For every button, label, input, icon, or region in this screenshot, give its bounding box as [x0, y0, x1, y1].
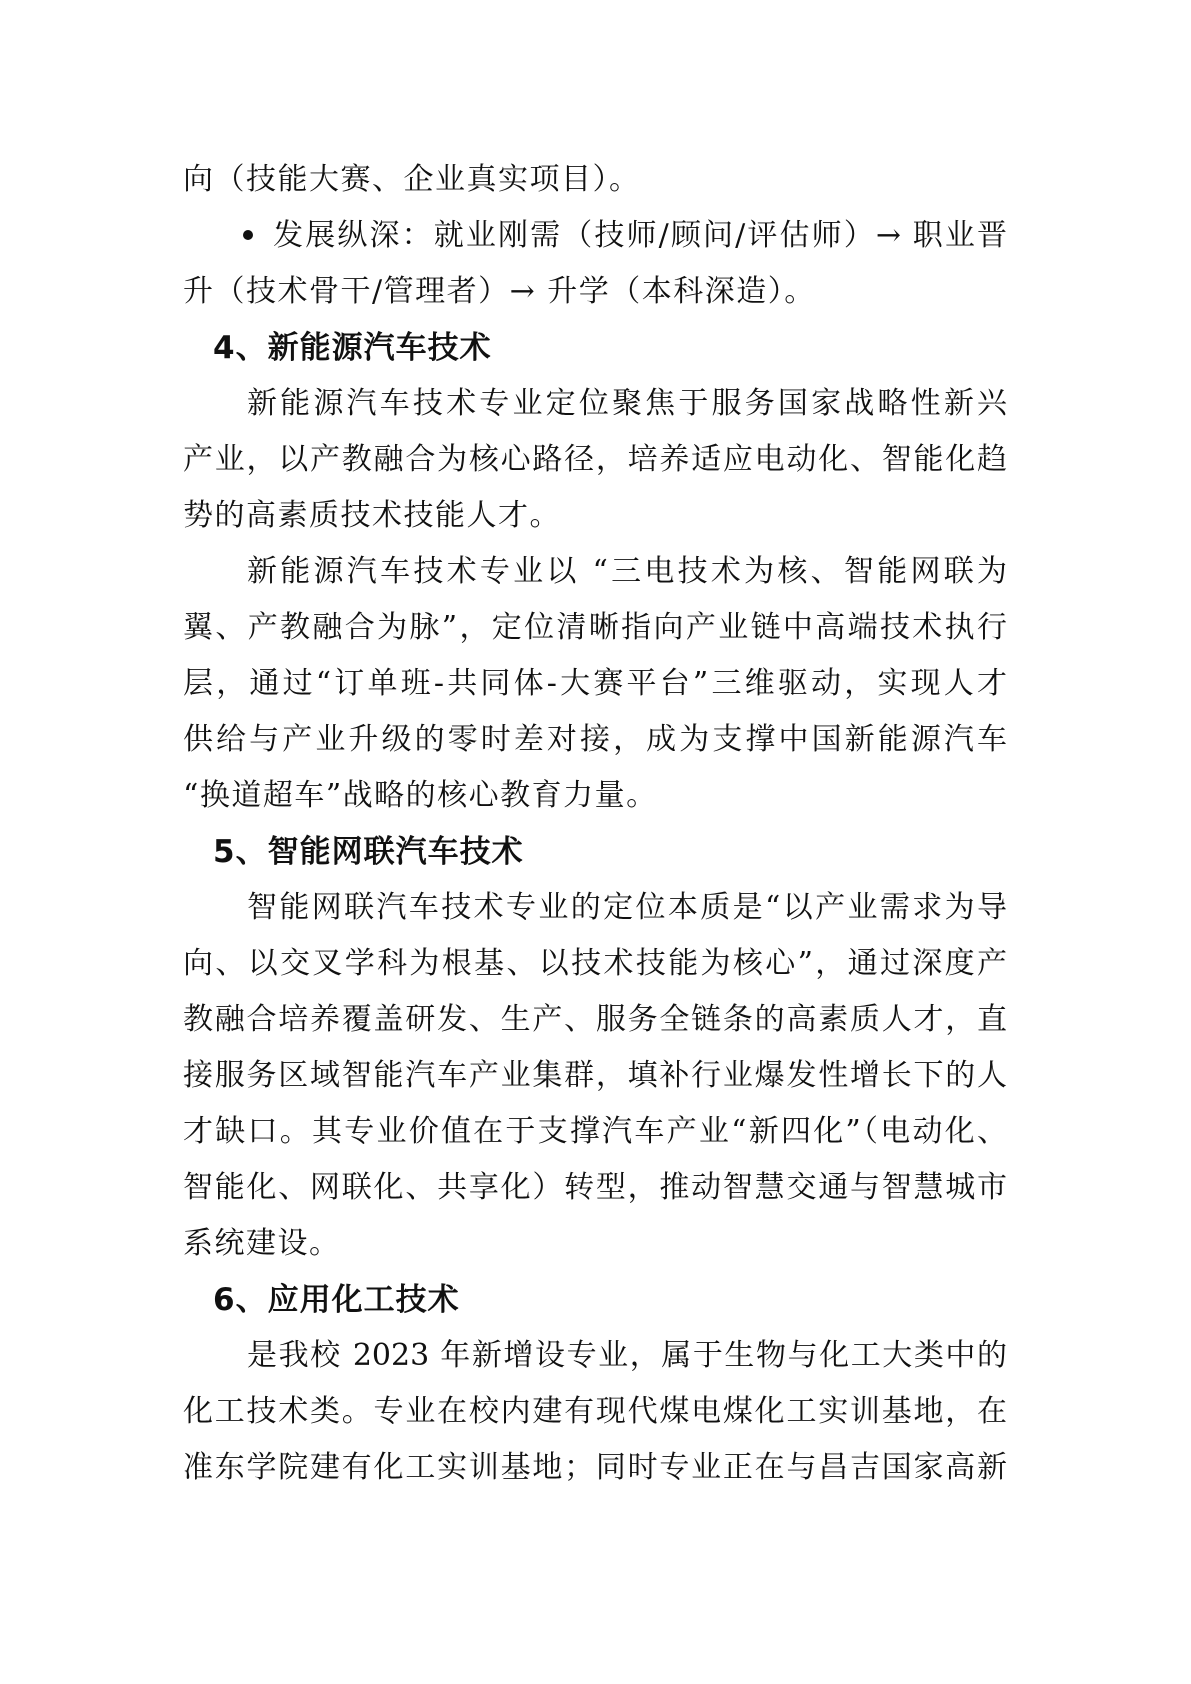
paragraph-line: 翼、产教融合为脉”，定位清晰指向产业链中高端技术执行: [183, 600, 1007, 656]
paragraph-line: 新能源汽车技术专业以 “三电技术为核、智能网联为: [247, 544, 1007, 600]
text-line: 向（技能大赛、企业真实项目）。: [183, 152, 1007, 208]
paragraph-line: 智能化、网联化、共享化）转型，推动智慧交通与智慧城市: [183, 1160, 1007, 1216]
section-heading-6: 6、应用化工技术: [213, 1272, 460, 1328]
paragraph-line: 层，通过“订单班-共同体-大赛平台”三维驱动，实现人才: [183, 656, 1007, 712]
paragraph-line: 化工技术类。专业在校内建有现代煤电煤化工实训基地，在: [183, 1384, 1007, 1440]
paragraph-line: 势的高素质技术技能人才。: [183, 488, 1007, 544]
paragraph-line: 供给与产业升级的零时差对接，成为支撑中国新能源汽车: [183, 712, 1007, 768]
section-heading-4: 4、新能源汽车技术: [213, 320, 492, 376]
bullet-icon: [243, 230, 253, 240]
text-line: 升（技术骨干/管理者）→ 升学（本科深造）。: [183, 264, 1007, 320]
document-page: 向（技能大赛、企业真实项目）。 发展纵深：就业刚需（技师/顾问/评估师）→ 职业…: [0, 0, 1191, 1684]
paragraph-line: 智能网联汽车技术专业的定位本质是“以产业需求为导: [247, 880, 1007, 936]
paragraph-line: 向、以交叉学科为根基、以技术技能为核心”，通过深度产: [183, 936, 1007, 992]
paragraph-line: 系统建设。: [183, 1216, 1007, 1272]
paragraph-line: 是我校 2023 年新增设专业，属于生物与化工大类中的: [247, 1328, 1007, 1384]
bullet-text: 发展纵深：就业刚需（技师/顾问/评估师）→ 职业晋: [271, 218, 1007, 253]
paragraph-line: 接服务区域智能汽车产业集群，填补行业爆发性增长下的人: [183, 1048, 1007, 1104]
paragraph-line: 才缺口。其专业价值在于支撑汽车产业“新四化”（电动化、: [183, 1104, 1007, 1160]
bullet-item: 发展纵深：就业刚需（技师/顾问/评估师）→ 职业晋: [243, 208, 1007, 264]
paragraph-line: 产业，以产教融合为核心路径，培养适应电动化、智能化趋: [183, 432, 1007, 488]
section-heading-5: 5、智能网联汽车技术: [213, 824, 524, 880]
paragraph-line: 新能源汽车技术专业定位聚焦于服务国家战略性新兴: [247, 376, 1007, 432]
paragraph-line: 准东学院建有化工实训基地；同时专业正在与昌吉国家高新: [183, 1440, 1007, 1496]
paragraph-line: “换道超车”战略的核心教育力量。: [183, 768, 1007, 824]
paragraph-line: 教融合培养覆盖研发、生产、服务全链条的高素质人才，直: [183, 992, 1007, 1048]
